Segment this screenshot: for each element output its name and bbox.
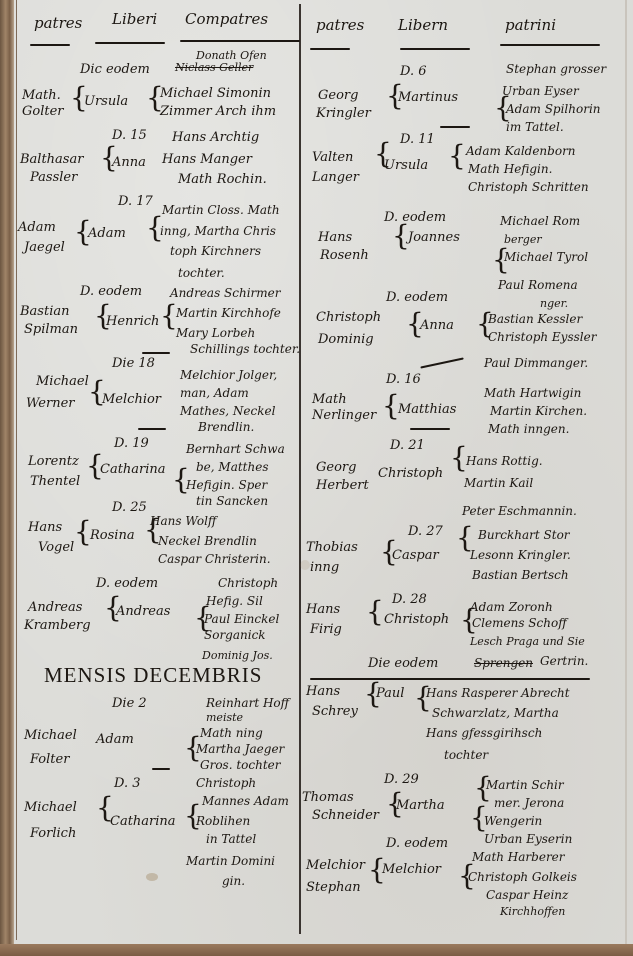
left-margin-rule [16,0,17,940]
child-name: Matthias [398,402,456,417]
godparent-name: Neckel Brendlin [158,534,257,549]
child-name: Adam [88,226,126,241]
godparent-name: Wengerin [484,814,542,829]
father-first-name: Valten [312,150,353,165]
godparent-name: Martin Domini [186,854,275,869]
header-liberi-left: Liberi [112,12,157,27]
entry-day: D. 25 [112,500,147,515]
father-surname: Kramberg [24,618,91,633]
father-surname: Schneider [312,808,379,823]
godparent-name: mer. Jerona [494,796,564,811]
father-surname: Folter [30,752,69,767]
child-name: Melchior [382,862,441,877]
header-underline [500,44,600,46]
godparent-name: Dominig Jos. [202,648,273,663]
godparent-name: Adam Kaldenborn [466,144,576,159]
godparent-name: Lesch Praga und Sie [470,634,585,649]
child-name: Andreas [116,604,170,619]
child-name: Ursula [84,94,128,109]
godparent-name: Melchior Jolger, [180,368,277,383]
book-cover-edge [0,944,633,956]
godparent-name: Bastian Kessler [488,312,582,327]
entry-day: D. 11 [400,132,435,147]
godparent-name: Paul Dimmanger. [484,356,588,371]
father-surname: Stephan [306,880,361,895]
entry-day: D. 3 [114,776,141,791]
child-name: Henrich [106,314,159,329]
godparent-name: Hans Manger [162,152,252,167]
godparent-name: Martin Kirchhofe [176,306,281,321]
entry-separator [310,678,590,680]
child-name: Caspar [392,548,439,563]
father-first-name: Melchior [306,858,365,873]
child-name: Martha [396,798,445,813]
godparent-name: Christoph [196,776,256,791]
child-name: Martinus [398,90,458,105]
entry-day: Die 18 [112,356,155,371]
father-surname: Forlich [30,826,76,841]
child-name: Paul [376,686,404,701]
manuscript-page: patres Liberi Compatres patres Libern pa… [0,0,633,946]
book-binding [0,0,14,946]
godparent-name: Michael Tyrol [504,250,588,265]
paper-stain [300,560,310,570]
godparent-name: Brendlin. [198,420,254,435]
godparent-name: Paul Einckel [204,612,279,627]
father-surname: Spilman [24,322,78,337]
child-name: Joannes [408,230,460,245]
godparent-name: Hefigin. Sper [186,478,267,493]
father-surname: Vogel [38,540,74,555]
godparent-name: Math Hefigin. [468,162,552,177]
entry-day: D. 28 [392,592,427,607]
header-underline [30,44,70,46]
godparent-name: Hans Rasperer Abrecht [426,686,570,701]
father-surname: Schrey [312,704,358,719]
entry-day: D. 6 [400,64,427,79]
father-first-name: Hans [306,684,340,699]
godparent-name: im Tattel. [506,120,564,135]
father-first-name: Math [312,392,347,407]
father-first-name: Balthasar [20,152,83,167]
child-name: Christoph [384,612,449,627]
godparent-name: Martin Schir [486,778,564,793]
entry-day: D. eodem [80,284,142,299]
entry-day: Dic eodem [80,62,150,77]
godparent-name: Mathes, Neckel [180,404,275,419]
father-surname: Firig [310,622,342,637]
godparent-name: Martin Kirchen. [490,404,587,419]
father-surname: Rosenh [320,248,369,263]
child-name: Rosina [90,528,135,543]
header-underline [95,42,165,44]
day-overline [420,357,463,368]
godparent-name: Martin Closs. Math [162,203,280,218]
father-first-name: Hans [28,520,62,535]
day-overline [152,768,170,770]
child-name: Ursula [384,158,428,173]
godparent-name: Martin Kail [464,476,533,491]
godparent-name: Christoph Schritten [468,180,589,195]
father-first-name: Andreas [28,600,82,615]
godparent-name: Adam Spilhorin [506,102,601,117]
brace-icon: { [366,598,384,626]
godparent-name: Christoph [218,576,278,591]
godparent-name: Michael Simonin [160,86,271,101]
father-surname: Kringler [316,106,371,121]
father-first-name: Math. [22,88,61,103]
header-patres-left: patres [34,16,82,31]
entry-day: D. eodem [386,836,448,851]
entry-day: D. 17 [118,194,153,209]
header-patres-right: patres [316,18,364,33]
godparent-name: Burckhart Stor [478,528,570,543]
father-surname: Herbert [316,478,369,493]
father-first-name: Michael [24,800,77,815]
child-name: Adam [96,732,134,747]
father-first-name: Adam [18,220,56,235]
child-name: Catharina [110,814,176,829]
header-liberi-right: Libern [398,18,448,33]
godparent-name: Peter Eschmannin. [462,504,577,519]
godparent-name: Christoph Eyssler [488,330,596,345]
godparent-name: gin. [222,874,245,889]
father-first-name: Lorentz [28,454,79,469]
child-name: Melchior [102,392,161,407]
godparent-name: Adam Zoronh [470,600,553,615]
godparent-name: Hefig. Sil [206,594,263,609]
entry-day: D. 29 [384,772,419,787]
godparent-name: Schwarzlatz, Martha [432,706,559,721]
father-first-name: Christoph [316,310,381,325]
father-surname: Werner [26,396,75,411]
godparent-name: Roblihen [196,814,250,829]
father-first-name: Hans [318,230,352,245]
father-surname: Thentel [30,474,80,489]
father-surname: Jaegel [24,240,65,255]
column-divider [299,4,301,934]
godparent-name: Math ning [200,726,263,741]
godparent-name: toph Kirchners [170,244,261,259]
entry-day: Die 2 [112,696,147,711]
father-surname: Passler [30,170,77,185]
child-name: Christoph [378,466,443,481]
father-first-name: Hans [306,602,340,617]
father-first-name: Michael [36,374,89,389]
entry-day: D. 21 [390,438,425,453]
godparent-name: Caspar Christerin. [158,552,271,567]
header-underline [310,48,350,50]
godparent-name: Stephan grosser [506,62,606,77]
godparent-name: Mannes Adam [202,794,289,809]
godparent-name: Hans Archtig [172,130,259,145]
godparent-name: Paul Romena [498,278,578,293]
godparent-name: Bernhart Schwa [186,442,285,457]
paper-stain [146,873,158,881]
godparent-name: in Tattel [206,832,256,847]
godparent-name: Gertrin. [540,654,588,669]
godparent-name: Lesonn Kringler. [470,548,571,563]
godparent-name: Kirchhoffen [500,904,565,919]
day-overline [138,428,166,430]
godparent-name: tochter. [178,266,225,281]
father-surname: Dominig [318,332,374,347]
godparent-name: Math Harberer [472,850,565,865]
father-first-name: Michael [24,728,77,743]
godparent-name: Michael Rom [500,214,580,229]
godparent-name: be, Matthes [196,460,269,475]
godparent-name: Donath Ofen [196,48,267,63]
father-first-name: Georg [316,460,356,475]
godparent-name: Reinhart Hoff [206,696,289,711]
header-underline [180,40,300,42]
entry-day: D. 16 [386,372,421,387]
child-name: Anna [112,155,146,170]
godparent-name: Martha Jaeger [196,742,284,757]
godparent-name: meiste [206,710,243,725]
godparent-name: Sorganick [204,628,266,643]
father-surname: Langer [312,170,359,185]
godparent-name: Clemens Schoff [472,616,567,631]
godparent-name: Urban Eyser [502,84,579,99]
child-name: Anna [420,318,454,333]
godparent-name: Zimmer Arch ihm [160,104,276,119]
godparent-name: tochter [444,748,488,763]
godparent-name: Gros. tochter [200,758,281,773]
godparent-name: Math Rochin. [178,172,267,187]
godparent-name: inng, Martha Chris [160,224,276,239]
godparent-name: Hans gfessgirihsch [426,726,542,741]
child-name: Catharina [100,462,166,477]
entry-day: D. eodem [96,576,158,591]
godparent-name: Hans Rottig. [466,454,543,469]
struck-name: Sprengen [474,656,533,671]
day-overline [410,428,450,430]
godparent-name: Bastian Bertsch [472,568,569,583]
entry-day: D. eodem [386,290,448,305]
godparent-name: Andreas Schirmer [170,286,281,301]
godparent-name: Mary Lorbeh [176,326,255,341]
father-surname: inng [310,560,339,575]
godparent-name: Math inngen. [488,422,569,437]
entry-day: Die eodem [368,656,438,671]
godparent-name: Schillings tochter. [190,342,300,357]
godparent-name: nger. [540,296,568,311]
header-underline [400,48,470,50]
entry-day: D. 27 [408,524,443,539]
page-edge [625,0,627,946]
brace-icon: { [448,142,466,170]
godparent-name: Christoph Golkeis [468,870,577,885]
godparent-name: Urban Eyserin [484,832,572,847]
father-surname: Golter [22,104,64,119]
month-heading: MENSIS DECEMBRIS [44,668,262,683]
father-surname: Nerlinger [312,408,376,423]
header-compatres-left: Compatres [185,12,268,27]
father-first-name: Bastian [20,304,69,319]
godparent-name: man, Adam [180,386,249,401]
header-patrini-right: patrini [505,18,556,33]
father-first-name: Thomas [302,790,354,805]
godparent-name: Math Hartwigin [484,386,581,401]
day-overline [440,126,470,128]
godparent-name: Caspar Heinz [486,888,568,903]
father-first-name: Georg [318,88,358,103]
entry-day: D. 19 [114,436,149,451]
day-overline [142,352,170,354]
godparent-name: tin Sancken [196,494,268,509]
father-first-name: Thobias [306,540,358,555]
